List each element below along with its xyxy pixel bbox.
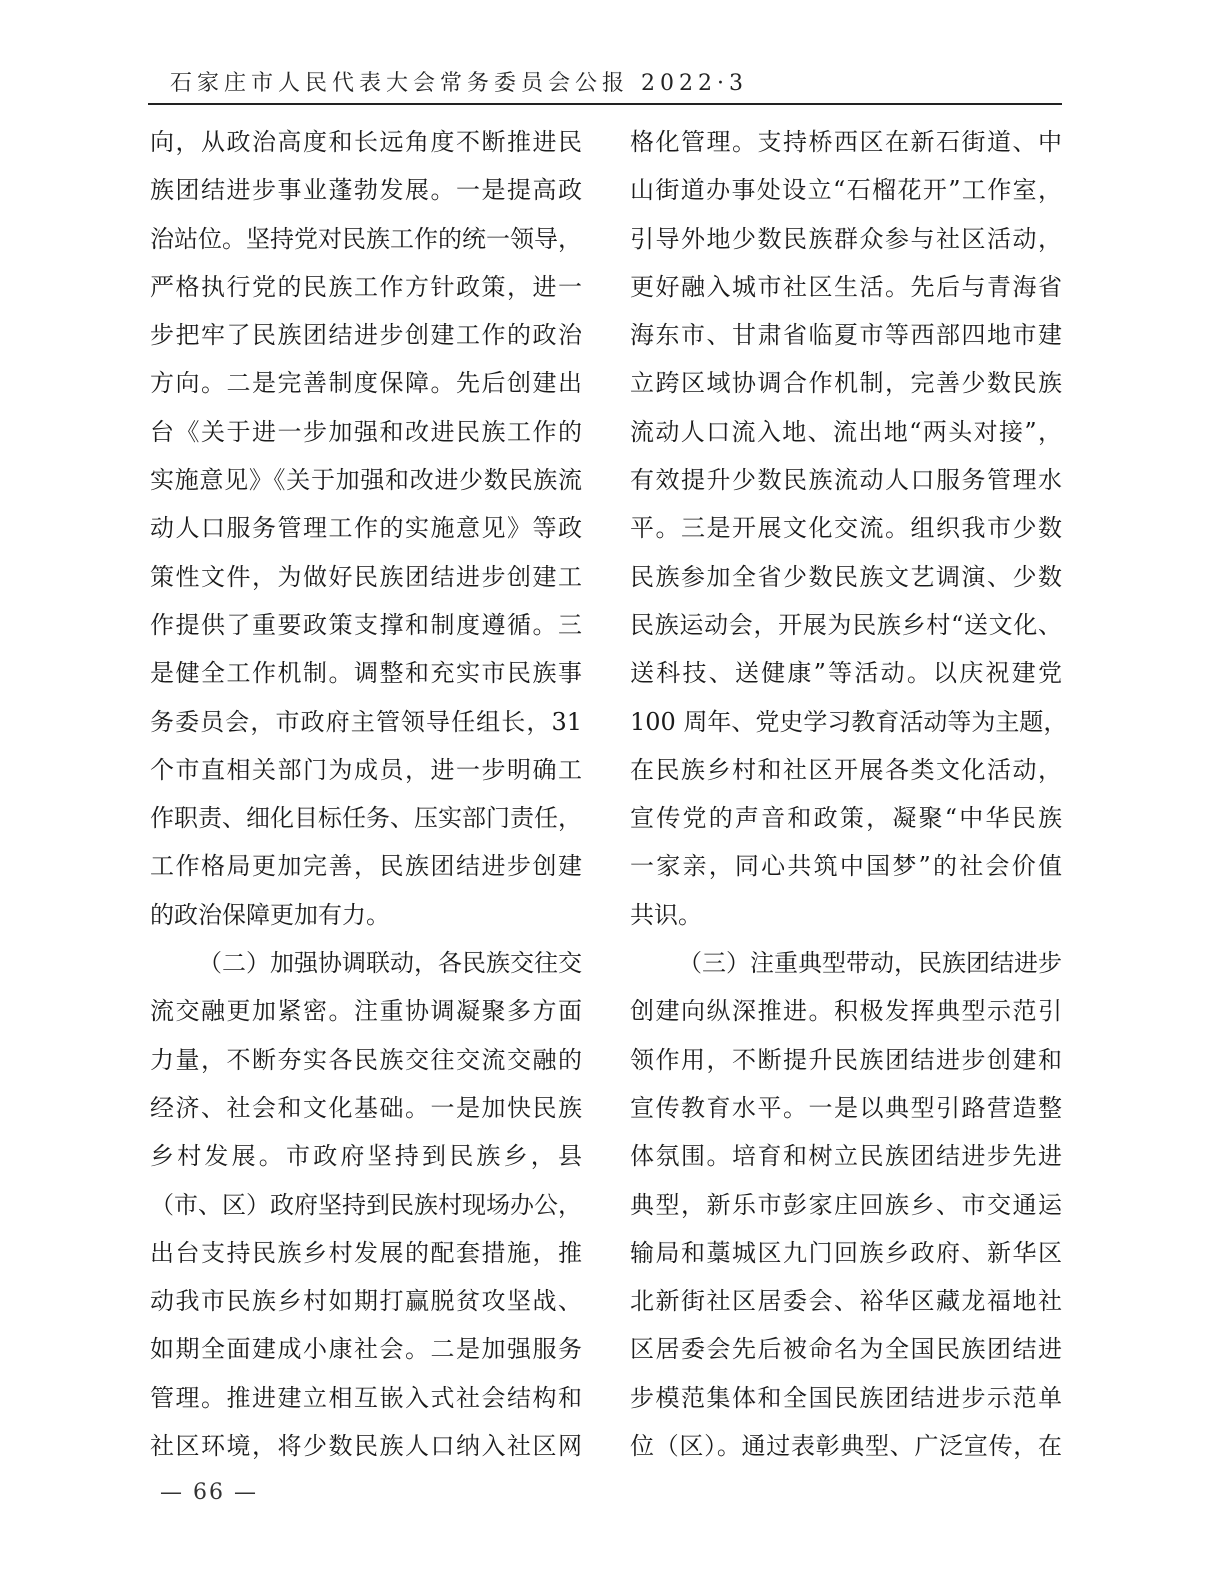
text-line: 力量，不断夯实各民族交往交流交融的 (150, 1036, 582, 1084)
text-line: 100 周年、党史学习教育活动等为主题， (630, 698, 1062, 746)
text-line: 有效提升少数民族流动人口服务管理水 (630, 456, 1062, 504)
right-column: 格化管理。支持桥西区在新石街道、中 山街道办事处设立“石榴花开”工作室， 引导外… (630, 118, 1062, 1470)
text-line: 宣传教育水平。一是以典型引路营造整 (630, 1084, 1062, 1132)
page-number: — 66 — (160, 1480, 258, 1505)
text-line: 引导外地少数民族群众参与社区活动， (630, 215, 1062, 263)
text-line: 共识。 (630, 891, 1062, 939)
text-line: 更好融入城市社区生活。先后与青海省 (630, 263, 1062, 311)
section-heading-line: （三）注重典型带动，民族团结进步 (630, 939, 1062, 987)
text-line: 北新街社区居委会、裕华区藏龙福地社 (630, 1277, 1062, 1325)
text-line: 步模范集体和全国民族团结进步示范单 (630, 1374, 1062, 1422)
text-line: 乡村发展。市政府坚持到民族乡，县 (150, 1132, 582, 1180)
text-line: 步把牢了民族团结进步创建工作的政治 (150, 311, 582, 359)
text-line: 体氛围。培育和树立民族团结进步先进 (630, 1132, 1062, 1180)
text-line: 平。三是开展文化交流。组织我市少数 (630, 504, 1062, 552)
journal-header: 石家庄市人民代表大会常务委员会公报 2022·3 (170, 66, 748, 97)
text-line: 在民族乡村和社区开展各类文化活动， (630, 746, 1062, 794)
text-line: 民族参加全省少数民族文艺调演、少数 (630, 553, 1062, 601)
text-line: 送科技、送健康”等活动。以庆祝建党 (630, 649, 1062, 697)
text-line: 一家亲，同心共筑中国梦”的社会价值 (630, 842, 1062, 890)
text-line: 作提供了重要政策支撑和制度遵循。三 (150, 601, 582, 649)
text-line: 创建向纵深推进。积极发挥典型示范引 (630, 987, 1062, 1035)
header-rule (148, 103, 1062, 105)
text-line: 个市直相关部门为成员，进一步明确工 (150, 746, 582, 794)
text-line: 社区环境，将少数民族人口纳入社区网 (150, 1422, 582, 1470)
text-line: （市、区）政府坚持到民族村现场办公， (150, 1181, 582, 1229)
text-line: 领作用，不断提升民族团结进步创建和 (630, 1036, 1062, 1084)
text-line: 海东市、甘肃省临夏市等西部四地市建 (630, 311, 1062, 359)
text-line: 动我市民族乡村如期打赢脱贫攻坚战、 (150, 1277, 582, 1325)
text-line: 作职责、细化目标任务、压实部门责任， (150, 794, 582, 842)
text-line: 区居委会先后被命名为全国民族团结进 (630, 1325, 1062, 1373)
text-line: 实施意见》《关于加强和改进少数民族流 (150, 456, 582, 504)
text-line: 出台支持民族乡村发展的配套措施，推 (150, 1229, 582, 1277)
text-line: 是健全工作机制。调整和充实市民族事 (150, 649, 582, 697)
text-line: 如期全面建成小康社会。二是加强服务 (150, 1325, 582, 1373)
text-line: 向，从政治高度和长远角度不断推进民 (150, 118, 582, 166)
text-line: 严格执行党的民族工作方针政策，进一 (150, 263, 582, 311)
text-line: 输局和藁城区九门回族乡政府、新华区 (630, 1229, 1062, 1277)
text-line: 策性文件，为做好民族团结进步创建工 (150, 553, 582, 601)
text-line: 山街道办事处设立“石榴花开”工作室， (630, 166, 1062, 214)
text-line: 流交融更加紧密。注重协调凝聚多方面 (150, 987, 582, 1035)
text-line: 民族运动会，开展为民族乡村“送文化、 (630, 601, 1062, 649)
text-line: 典型，新乐市彭家庄回族乡、市交通运 (630, 1181, 1062, 1229)
text-line: 动人口服务管理工作的实施意见》等政 (150, 504, 582, 552)
text-line: 方向。二是完善制度保障。先后创建出 (150, 359, 582, 407)
text-line: 族团结进步事业蓬勃发展。一是提高政 (150, 166, 582, 214)
text-line: 的政治保障更加有力。 (150, 891, 582, 939)
text-line: 立跨区域协调合作机制，完善少数民族 (630, 359, 1062, 407)
text-line: 工作格局更加完善，民族团结进步创建 (150, 842, 582, 890)
text-line: 宣传党的声音和政策，凝聚“中华民族 (630, 794, 1062, 842)
text-line: 台《关于进一步加强和改进民族工作的 (150, 408, 582, 456)
text-line: 位（区）。通过表彰典型、广泛宣传，在 (630, 1422, 1062, 1470)
left-column: 向，从政治高度和长远角度不断推进民 族团结进步事业蓬勃发展。一是提高政 治站位。… (150, 118, 582, 1470)
text-line: 经济、社会和文化基础。一是加快民族 (150, 1084, 582, 1132)
text-line: 管理。推进建立相互嵌入式社会结构和 (150, 1374, 582, 1422)
text-line: 治站位。坚持党对民族工作的统一领导， (150, 215, 582, 263)
text-line: 务委员会，市政府主管领导任组长，31 (150, 698, 582, 746)
section-heading-line: （二）加强协调联动，各民族交往交 (150, 939, 582, 987)
text-line: 流动人口流入地、流出地“两头对接”， (630, 408, 1062, 456)
text-line: 格化管理。支持桥西区在新石街道、中 (630, 118, 1062, 166)
